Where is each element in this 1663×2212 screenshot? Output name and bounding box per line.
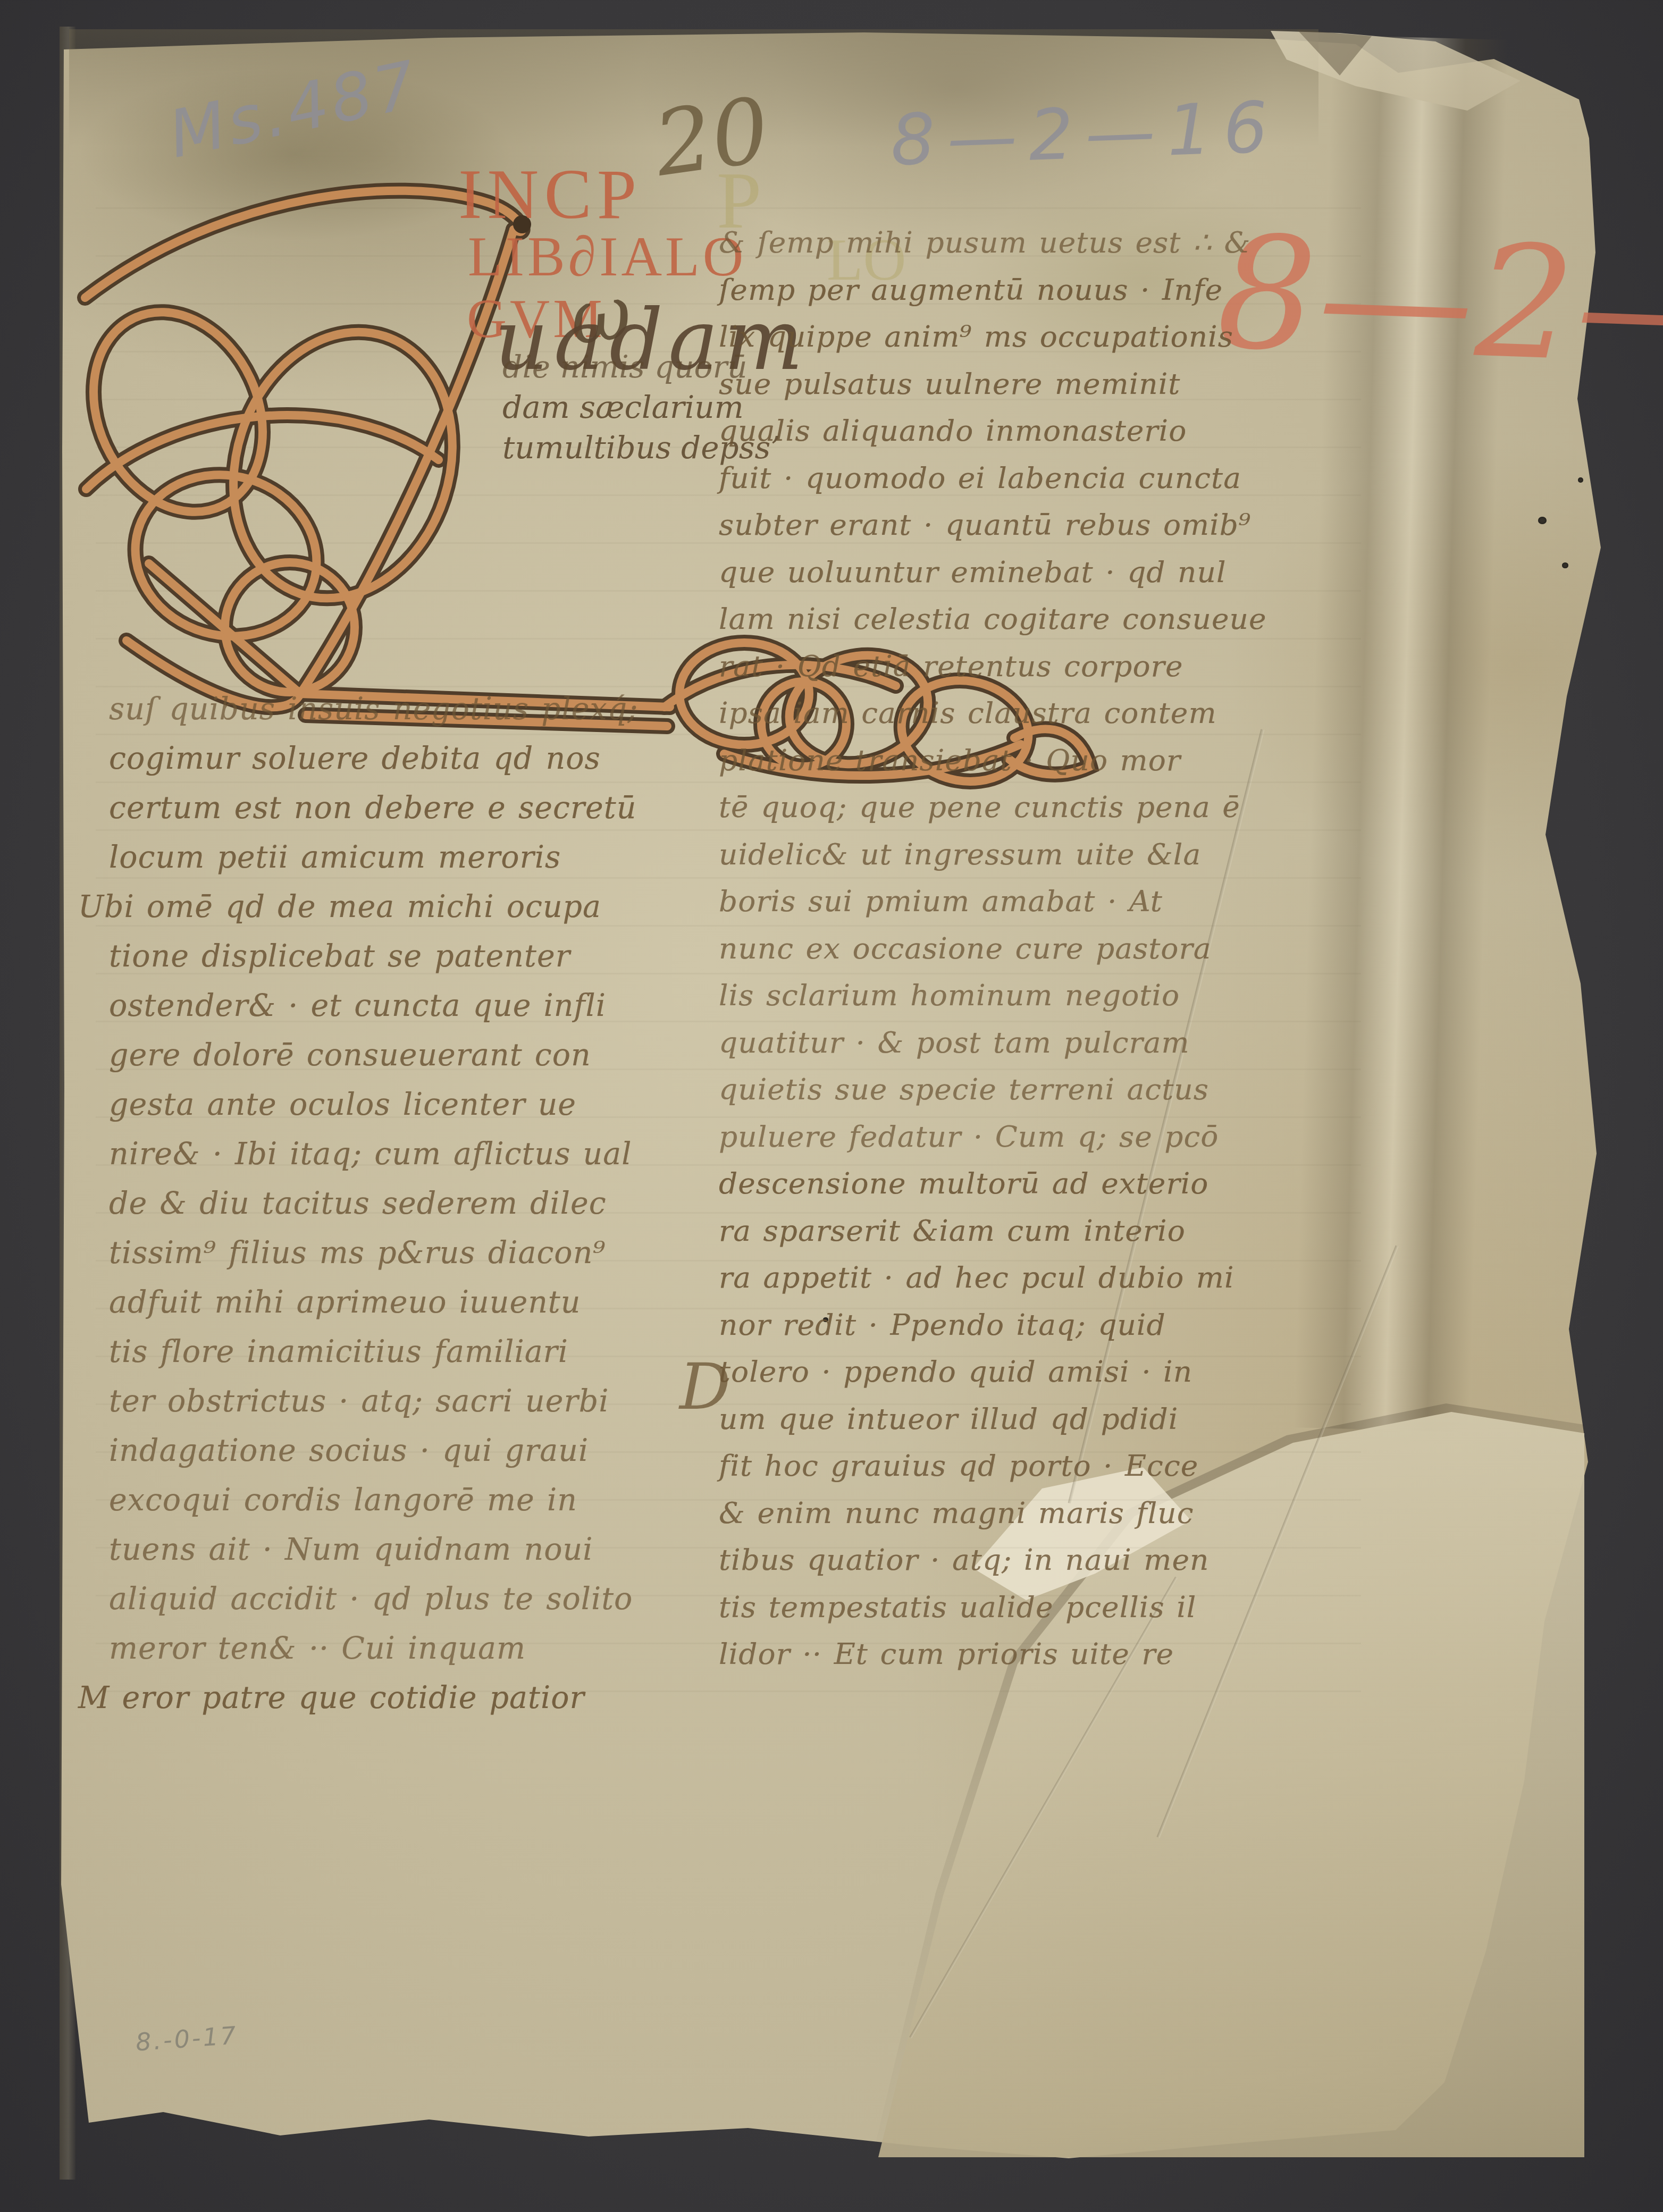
manuscript-text-line: fit hoc grauius qd porto · Ecce bbox=[719, 1442, 1351, 1490]
flyleaf-edge bbox=[15, 31, 62, 2179]
manuscript-text-line: ra appetit · ad hec pcul dubio mi bbox=[719, 1254, 1351, 1301]
manuscript-text-line: locum petii amicum meroris bbox=[109, 833, 694, 882]
manuscript-text-line: de & diu tacitus sederem dilec bbox=[109, 1179, 694, 1229]
manuscript-text-line: boris sui pmium amabat · At bbox=[719, 878, 1351, 925]
manuscript-text-line: sue pulsatus uulnere meminit bbox=[719, 360, 1351, 408]
manuscript-text-line: ra sparserit &iam cum interio bbox=[719, 1207, 1351, 1255]
text-column-right: & ſemp mihi pusum uetus est ∴ &ſemp per … bbox=[719, 219, 1351, 1678]
manuscript-text-line: gere dolorē consueuerant con bbox=[109, 1031, 694, 1080]
text-column-left: suſ quibus insuis negotius plexq́;cogimu… bbox=[109, 685, 694, 1723]
manuscript-text-line: lidor ·· Et cum prioris uite re bbox=[719, 1630, 1351, 1678]
manuscript-text-line: indagatione socius · qui graui bbox=[109, 1426, 694, 1476]
manuscript-text-line: tuens ait · Num quidnam noui bbox=[109, 1525, 694, 1575]
manuscript-photo: Ms.487 20 8—2—16 8—2—1 8.-0-17 INCP P LI… bbox=[0, 0, 1663, 2212]
pencil-code-top: 8—2—16 bbox=[889, 86, 1281, 181]
manuscript-text-line: ter obstrictus · atq; sacri uerbi bbox=[109, 1377, 694, 1426]
manuscript-text-line: subter erant · quantū rebus omib⁹ bbox=[719, 501, 1351, 549]
manuscript-text-line: lix quippe anim⁹ ms occupationis bbox=[719, 313, 1351, 360]
rubric-incipit-line1: INCP bbox=[458, 153, 642, 235]
manuscript-text-line: meror ten& ·· Cui inquam bbox=[109, 1624, 694, 1673]
manuscript-text-line: lam nisi celestia cogitare consueue bbox=[719, 595, 1351, 643]
manuscript-text-line: nunc ex occasione cure pastora bbox=[719, 925, 1351, 972]
manuscript-text-line: um que intueor illud qd pdidi bbox=[719, 1395, 1351, 1443]
manuscript-text-line: & ſemp mihi pusum uetus est ∴ & bbox=[719, 219, 1351, 266]
manuscript-text-line: tis tempestatis ualide pcellis il bbox=[719, 1584, 1351, 1631]
manuscript-text-line: fuit · quomodo ei labencia cuncta bbox=[719, 455, 1351, 502]
manuscript-text-line: platione transiebat · Quo mor bbox=[719, 737, 1351, 784]
worm-hole bbox=[1562, 562, 1568, 568]
manuscript-text-line: & enim nunc magni maris fluc bbox=[719, 1490, 1351, 1537]
manuscript-text-line: que uoluuntur eminebat · qd nul bbox=[719, 549, 1351, 596]
worm-hole bbox=[1578, 477, 1583, 483]
manuscript-text-line: gesta ante oculos licenter ue bbox=[109, 1080, 694, 1130]
manuscript-text-line: tolero · ppendo quid amisi · in bbox=[719, 1348, 1351, 1395]
manuscript-text-line: tibus quatior · atq; in naui men bbox=[719, 1536, 1351, 1584]
manuscript-text-line: cogimur soluere debita qd nos bbox=[109, 734, 694, 784]
manuscript-text-line: rat · Qd etiā retentus corpore bbox=[719, 643, 1351, 690]
manuscript-text-line: M eror patre que cotidie patior bbox=[78, 1673, 694, 1723]
manuscript-text-line: Ubi omē qd de mea michi ocupa bbox=[78, 882, 694, 932]
manuscript-text-line: aliquid accidit · qd plus te solito bbox=[109, 1575, 694, 1624]
manuscript-text-line: nor redit · Ppendo itaq; quid bbox=[719, 1301, 1351, 1349]
manuscript-text-line: excoqui cordis langorē me in bbox=[109, 1476, 694, 1525]
manuscript-text-line: uidelic& ut ingressum uite &la bbox=[719, 831, 1351, 878]
manuscript-text-line: tissim⁹ filius ms p&rus diacon⁹ bbox=[109, 1229, 694, 1278]
margin-initial-D: D bbox=[679, 1350, 730, 1424]
manuscript-text-line: quietis sue specie terreni actus bbox=[719, 1066, 1351, 1113]
manuscript-text-line: suſ quibus insuis negotius plexq́; bbox=[109, 685, 694, 734]
manuscript-text-line: tione displicebat se patenter bbox=[109, 932, 694, 981]
worm-hole bbox=[1538, 517, 1547, 524]
manuscript-text-line: ostender& · et cuncta que infli bbox=[109, 981, 694, 1031]
manuscript-text-line: ipsa iam carnis claustra contem bbox=[719, 689, 1351, 737]
manuscript-text-line: quatitur · & post tam pulcram bbox=[719, 1019, 1351, 1066]
manuscript-text-line: puluere fedatur · Cum q; se pcō bbox=[719, 1113, 1351, 1160]
manuscript-text-line: nire& · Ibi itaq; cum aflictus ual bbox=[109, 1130, 694, 1179]
manuscript-text-line: descensione multorū ad exterio bbox=[719, 1160, 1351, 1207]
manuscript-text-line: adfuit mihi aprimeuo iuuentu bbox=[109, 1278, 694, 1327]
manuscript-text-line: lis sclarium hominum negotio bbox=[719, 972, 1351, 1019]
manuscript-text-line: certum est non debere e secretū bbox=[109, 784, 694, 833]
manuscript-text-line: tis flore inamicitius familiari bbox=[109, 1327, 694, 1377]
manuscript-text-line: tē quoq; que pene cunctis pena ē bbox=[719, 784, 1351, 831]
manuscript-text-line: qualis aliquando inmonasterio bbox=[719, 407, 1351, 455]
manuscript-text-line: ſemp per augmentū nouus · Infe bbox=[719, 266, 1351, 314]
